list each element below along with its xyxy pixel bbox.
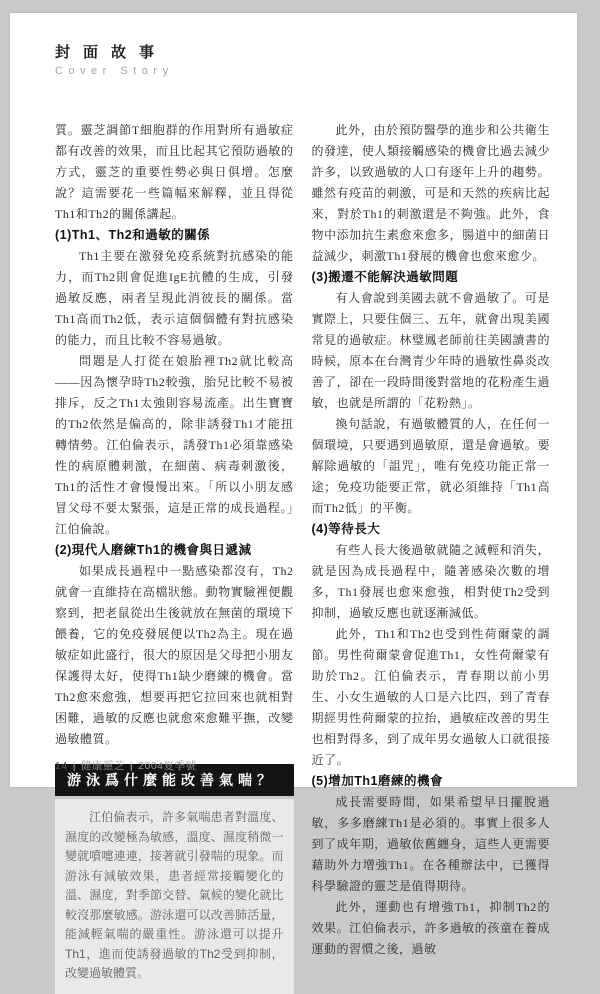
article-columns: 質。靈芝調節T細胞群的作用對所有過敏症都有改善的效果，而且比起其它預防過敏的方式… [10, 77, 577, 800]
magazine-name: 健康靈芝 [81, 760, 125, 772]
page-footer: 14|健康靈芝|2004夏季號 [55, 758, 197, 773]
issue-label: 2004夏季號 [138, 760, 196, 772]
section-heading: (5)增加Th1磨練的機會 [312, 771, 551, 792]
footer-separator: | [130, 760, 133, 772]
magazine-page: 封面故事 Cover Story 質。靈芝調節T細胞群的作用對所有過敏症都有改善… [10, 13, 577, 787]
section-heading: (1)Th1、Th2和過敏的關係 [55, 225, 294, 246]
paragraph: 成長需要時間，如果希望早日擺脫過敏，多多磨練Th1是必須的。事實上很多人到了成年… [312, 792, 551, 800]
masthead: 封面故事 Cover Story [10, 13, 577, 77]
paragraph: Th1主要在激發免疫系統對抗感染的能力，而Th2則會促進IgE抗體的生成，引發過… [55, 246, 294, 351]
page-number: 14 [55, 760, 68, 772]
section-heading: (2)現代人磨練Th1的機會與日遞減 [55, 540, 294, 561]
paragraph: 如果成長過程中一點感染都沒有，Th2就會一直維持在高檔狀態。動物實驗裡便觀察到，… [55, 561, 294, 750]
right-column: 此外，由於預防醫學的進步和公共衛生的發達，使人類接觸感染的機會比過去減少許多，以… [312, 120, 551, 800]
paragraph: 問題是人打從在娘胎裡Th2就比較高——因為懷孕時Th2較強，胎兒比較不易被排斥，… [55, 351, 294, 540]
paragraph: 此外，由於預防醫學的進步和公共衛生的發達，使人類接觸感染的機會比過去減少許多，以… [312, 120, 551, 267]
section-heading: (3)搬遷不能解決過敏問題 [312, 267, 551, 288]
footer-separator: | [73, 760, 76, 772]
paragraph: 質。靈芝調節T細胞群的作用對所有過敏症都有改善的效果，而且比起其它預防過敏的方式… [55, 120, 294, 225]
paragraph: 此外，Th1和Th2也受到性荷爾蒙的調節。男性荷爾蒙會促進Th1，女性荷爾蒙有助… [312, 624, 551, 771]
section-subtitle: Cover Story [55, 65, 577, 77]
paragraph: 換句話說，有過敏體質的人，在任何一個環境，只要遇到過敏原，還是會過敏。要解除過敏… [312, 414, 551, 519]
section-title: 封面故事 [55, 41, 577, 62]
section-heading: (4)等待長大 [312, 519, 551, 540]
left-column: 質。靈芝調節T細胞群的作用對所有過敏症都有改善的效果，而且比起其它預防過敏的方式… [55, 120, 294, 800]
paragraph: 有人會說到美國去就不會過敏了。可是實際上，只要住個三、五年，就會出現美國常見的過… [312, 288, 551, 414]
paragraph: 有些人長大後過敏就隨之減輕和消失，就是因為成長過程中，隨著感染次數的增多，Th1… [312, 540, 551, 624]
